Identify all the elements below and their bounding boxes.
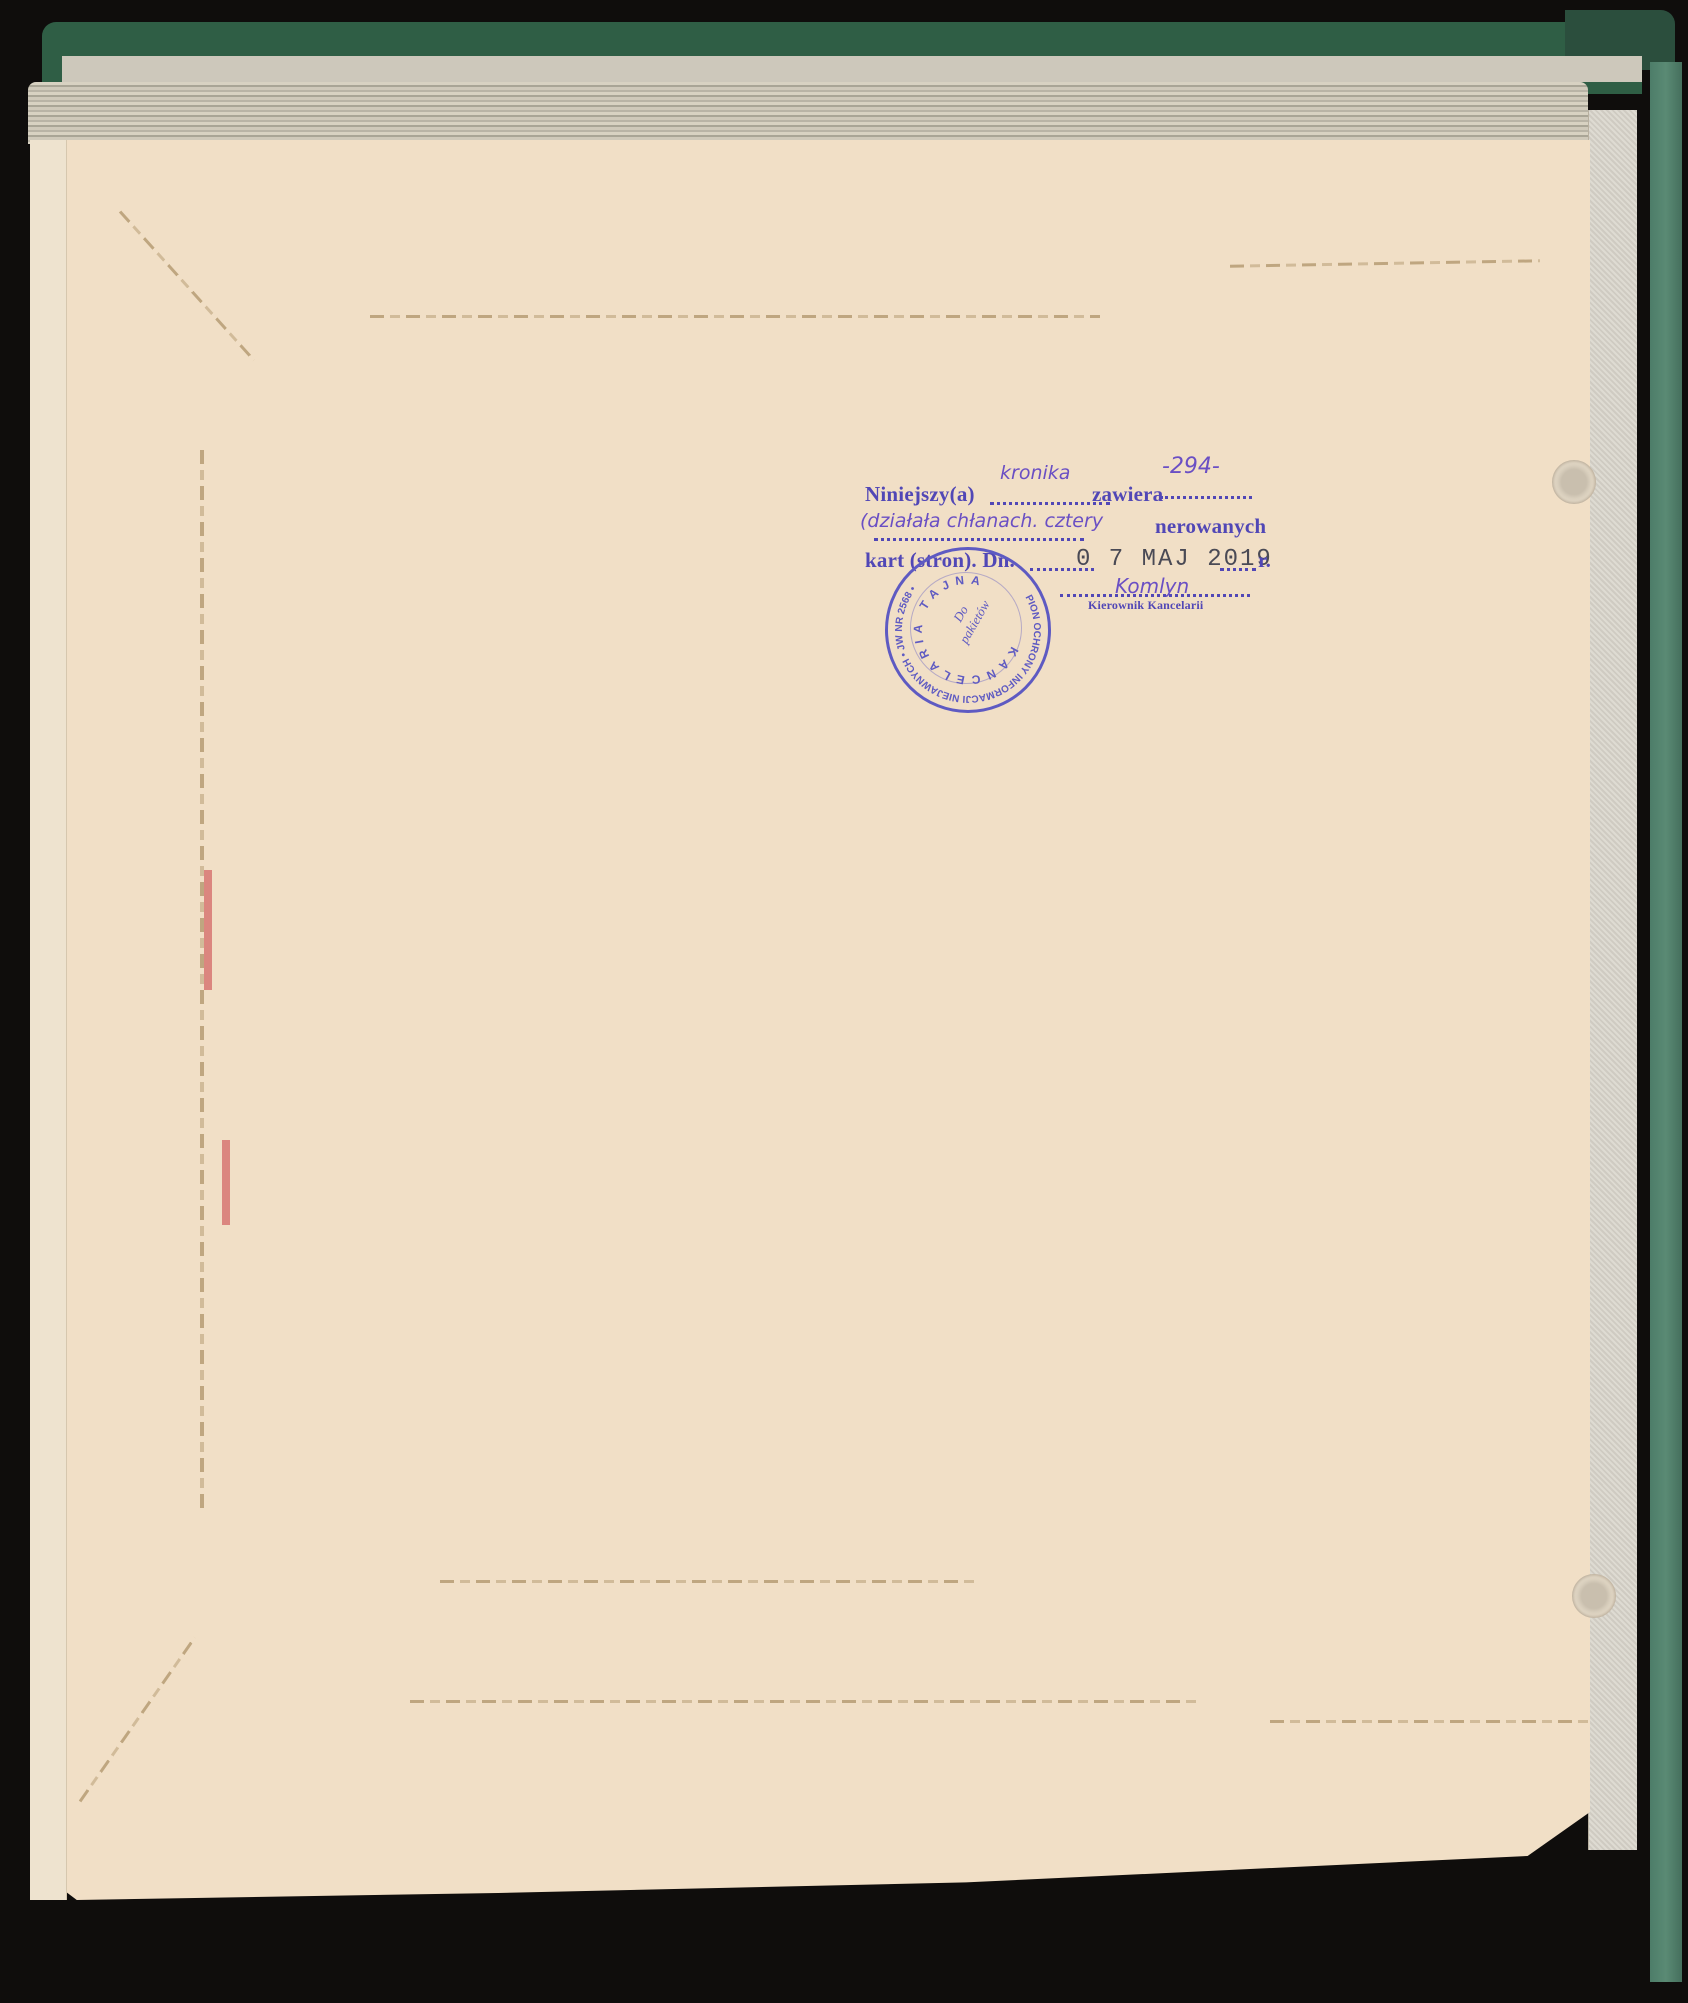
page-left-binding-strip [30, 140, 67, 1900]
handwritten-subject: kronika [1000, 462, 1070, 484]
stamp-line2-suffix: nerowanych [1155, 514, 1266, 539]
stain-red-upper [204, 870, 212, 990]
stain-lower-right-line [1270, 1720, 1590, 1723]
stamp-dotline [1160, 496, 1252, 499]
round-seal: PION OCHRONY INFORMACJI NIEJAWNYCH • JW … [885, 547, 1051, 713]
stamp-dotline [874, 538, 1084, 541]
page-block-edges [28, 82, 1588, 144]
stamp-line1-prefix: Niniejszy(a) [865, 482, 975, 507]
handwritten-line2: (działała chłanach. cztery [860, 510, 1103, 532]
signature-line [1060, 594, 1250, 597]
stain-red-lower [222, 1140, 230, 1225]
punch-hole-top [1552, 460, 1596, 504]
punch-hole-bottom [1572, 1574, 1616, 1618]
stain-top-line [370, 315, 1100, 318]
stamp-dotline [1220, 568, 1256, 571]
stain-lower-line [410, 1700, 1200, 1703]
stain-bottom-line [440, 1580, 980, 1583]
stamp-line3-suffix: r. [1258, 548, 1271, 573]
signature-role: Kierownik Kancelarii [1088, 598, 1203, 613]
stamp-line1-middle: zawiera [1092, 482, 1163, 507]
document-page [30, 140, 1590, 1900]
cover-endpaper [62, 56, 1642, 82]
green-cover-spine [1650, 62, 1682, 1982]
handwritten-count: -294- [1162, 454, 1220, 479]
